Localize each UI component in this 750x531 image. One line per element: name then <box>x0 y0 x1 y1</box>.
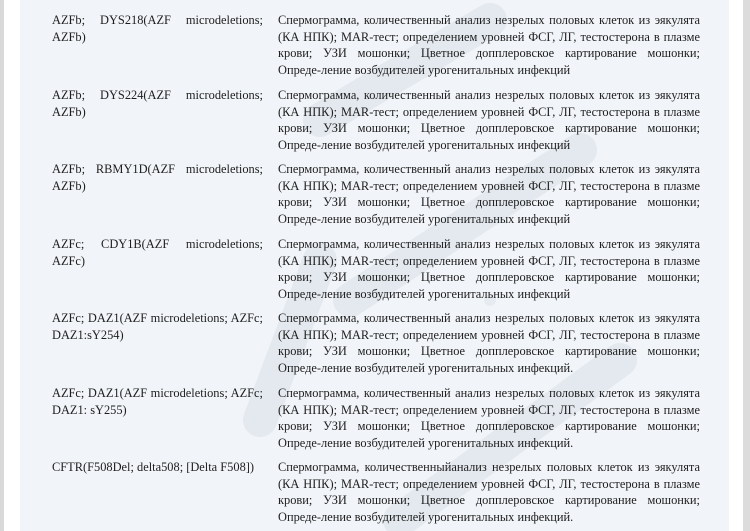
diagnostic-methods: Спермограмма, количественный анализ незр… <box>278 12 700 79</box>
page-edge-left <box>0 0 4 531</box>
genetic-marker: AZFb; DYS224(AZF microdeletions; AZFb) <box>52 87 263 120</box>
genetic-marker: AZFc; DAZ1(AZF microdeletions; AZFc; DAZ… <box>52 385 263 418</box>
diagnostic-methods: Спермограмма, количественный анализ незр… <box>278 161 700 228</box>
diagnostic-methods: Спермограмма, количественный анализ незр… <box>278 236 700 303</box>
genetic-marker: CFTR(F508Del; delta508; [Delta F508]) <box>52 459 263 476</box>
genetic-marker: AZFc; DAZ1(AZF microdeletions; AZFc; DAZ… <box>52 310 263 343</box>
genetic-marker: AZFb; RBMY1D(AZF microdeletions; AZFb) <box>52 161 263 194</box>
diagnostic-methods: Спермограмма, количественный анализ незр… <box>278 87 700 154</box>
genetic-marker: AZFb; DYS218(AZF microdeletions; AZFb) <box>52 12 263 45</box>
diagnostic-methods: Спермограмма, количественныйанализ незре… <box>278 459 700 526</box>
scrollbar-track[interactable] <box>743 0 750 531</box>
diagnostic-methods: Спермограмма, количественный анализ незр… <box>278 310 700 377</box>
document-page: AZFb; DYS218(AZF microdeletions; AZFb) С… <box>20 0 729 531</box>
diagnostic-methods: Спермограмма, количественный анализ незр… <box>278 385 700 452</box>
genetic-marker: AZFc; CDY1B(AZF microdeletions; AZFc) <box>52 236 263 269</box>
